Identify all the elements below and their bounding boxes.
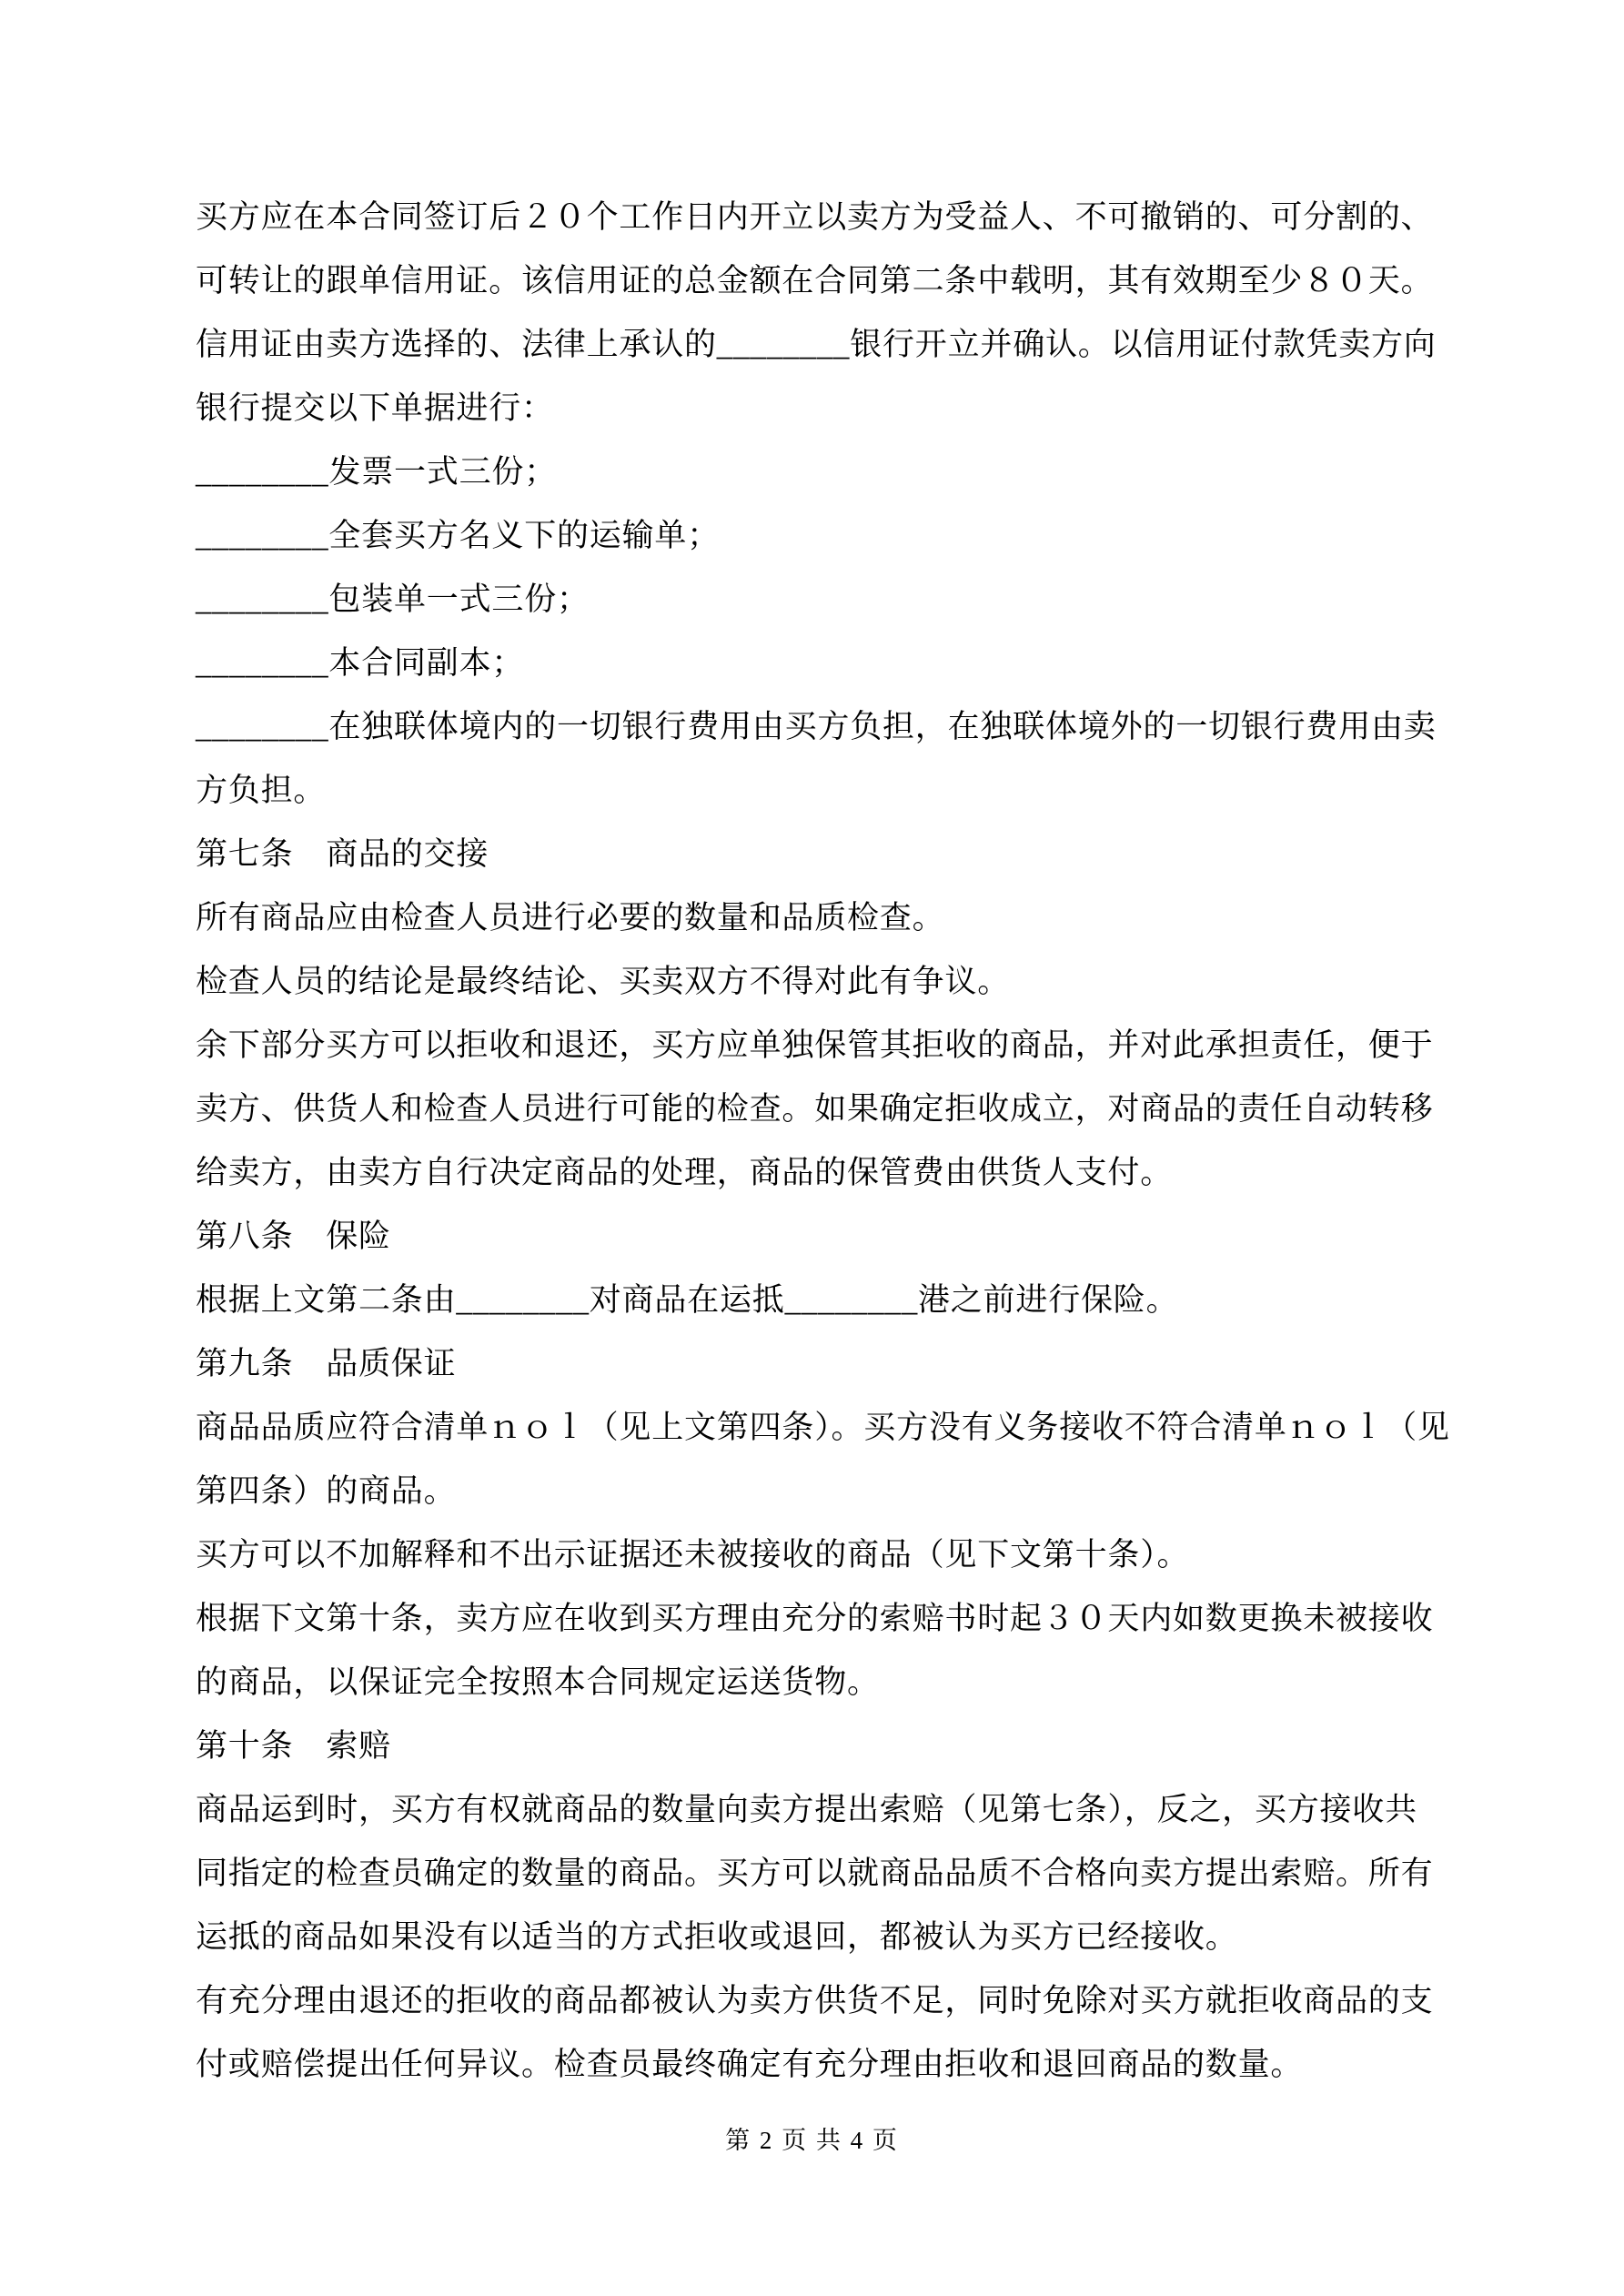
contract-text-line: 第十条 索赔: [196, 1714, 1437, 1778]
contract-text-line: 卖方、供货人和检查人员进行可能的检查。如果确定拒收成立，对商品的责任自动转移: [196, 1077, 1437, 1141]
contract-text-line: 余下部分买方可以拒收和退还，买方应单独保管其拒收的商品，并对此承担责任，便于: [196, 1014, 1437, 1077]
contract-text-line: 信用证由卖方选择的、法律上承认的________银行开立并确认。以信用证付款凭卖…: [196, 313, 1437, 377]
contract-text-line: 有充分理由退还的拒收的商品都被认为卖方供货不足，同时免除对买方就拒收商品的支: [196, 1969, 1437, 2033]
contract-text-line: 同指定的检查员确定的数量的商品。买方可以就商品品质不合格向卖方提出索赔。所有: [196, 1842, 1437, 1906]
contract-text-line: 检查人员的结论是最终结论、买卖双方不得对此有争议。: [196, 950, 1437, 1014]
contract-text-line: 方负担。: [196, 759, 1437, 823]
contract-page: 买方应在本合同签订后２０个工作日内开立以卖方为受益人、不可撤销的、可分割的、可转…: [0, 0, 1624, 2296]
contract-text-line: 第九条 品质保证: [196, 1332, 1437, 1396]
contract-text-line: 商品品质应符合清单ｎｏｌ（见上文第四条）。买方没有义务接收不符合清单ｎｏｌ（见: [196, 1396, 1437, 1460]
contract-text-line: 第四条）的商品。: [196, 1460, 1437, 1523]
contract-text-line: ________本合同副本；: [196, 632, 1437, 695]
contract-text-line: 商品运到时，买方有权就商品的数量向卖方提出索赔（见第七条），反之，买方接收共: [196, 1778, 1437, 1842]
contract-text-line: 买方应在本合同签订后２０个工作日内开立以卖方为受益人、不可撤销的、可分割的、: [196, 186, 1437, 249]
contract-text-line: 运抵的商品如果没有以适当的方式拒收或退回，都被认为买方已经接收。: [196, 1906, 1437, 1969]
contract-text-line: 第八条 保险: [196, 1205, 1437, 1269]
contract-text-line: 银行提交以下单据进行：: [196, 377, 1437, 440]
contract-text-line: 的商品，以保证完全按照本合同规定运送货物。: [196, 1651, 1437, 1714]
contract-body: 买方应在本合同签订后２０个工作日内开立以卖方为受益人、不可撤销的、可分割的、可转…: [196, 186, 1437, 2097]
contract-text-line: 给卖方，由卖方自行决定商品的处理，商品的保管费由供货人支付。: [196, 1141, 1437, 1205]
contract-text-line: 第七条 商品的交接: [196, 823, 1437, 886]
contract-text-line: 可转让的跟单信用证。该信用证的总金额在合同第二条中载明，其有效期至少８０天。: [196, 249, 1437, 313]
contract-text-line: 所有商品应由检查人员进行必要的数量和品质检查。: [196, 886, 1437, 950]
contract-text-line: ________在独联体境内的一切银行费用由买方负担，在独联体境外的一切银行费用…: [196, 695, 1437, 759]
contract-text-line: ________发票一式三份；: [196, 440, 1437, 504]
page-number-footer: 第 2 页 共 4 页: [0, 2122, 1624, 2159]
contract-text-line: 付或赔偿提出任何异议。检查员最终确定有充分理由拒收和退回商品的数量。: [196, 2033, 1437, 2097]
contract-text-line: 根据下文第十条，卖方应在收到买方理由充分的索赔书时起３０天内如数更换未被接收: [196, 1587, 1437, 1651]
contract-text-line: ________全套买方名义下的运输单；: [196, 504, 1437, 568]
contract-text-line: 根据上文第二条由________对商品在运抵________港之前进行保险。: [196, 1269, 1437, 1332]
contract-text-line: ________包装单一式三份；: [196, 568, 1437, 632]
contract-text-line: 买方可以不加解释和不出示证据还未被接收的商品（见下文第十条）。: [196, 1523, 1437, 1587]
